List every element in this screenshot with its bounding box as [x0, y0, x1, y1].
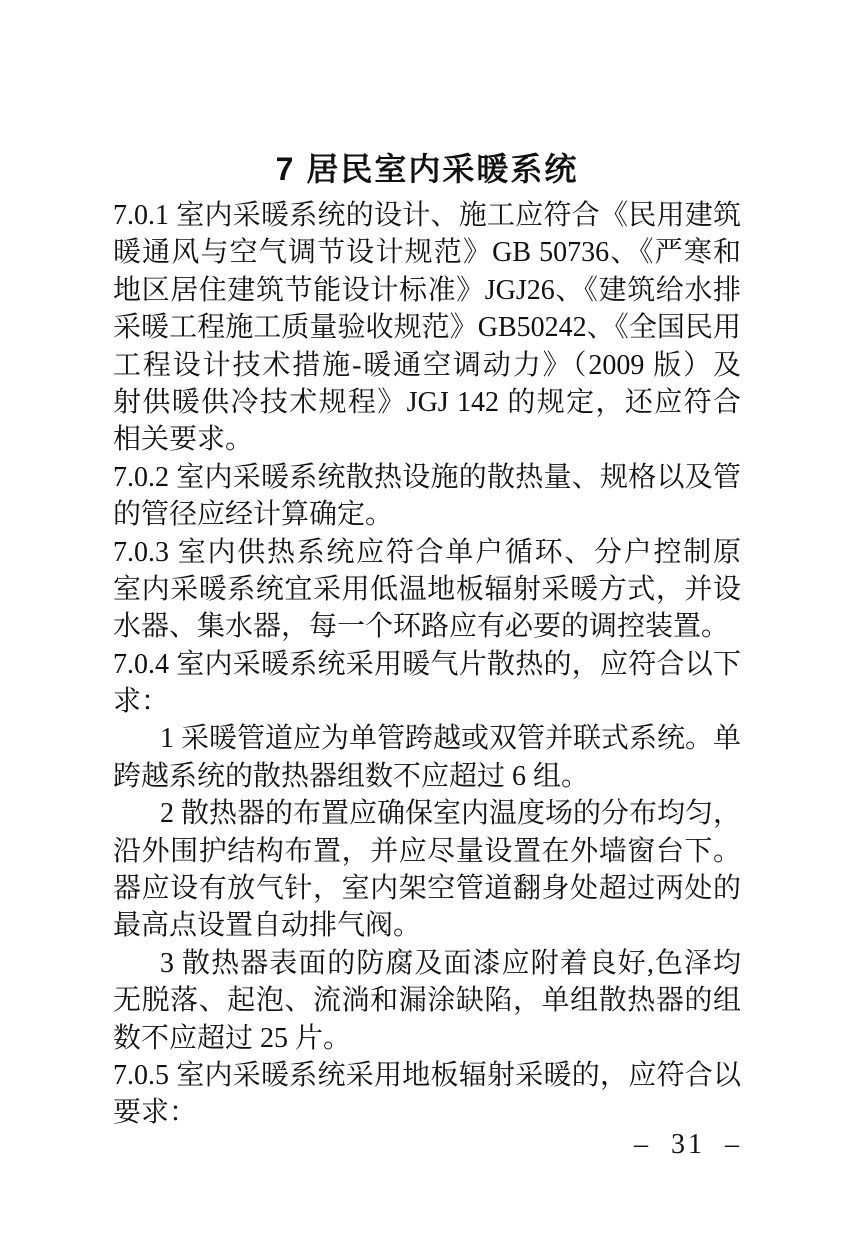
text-line: 2 散热器的布置应确保室内温度场的分布均匀，宜	[113, 795, 741, 832]
text-line: 最高点设置自动排气阀。	[113, 907, 741, 944]
paragraph-clause-7-0-4: 7.0.4 室内采暖系统采用暖气片散热的，应符合以下要求：	[113, 646, 741, 721]
document-page: 7 居民室内采暖系统 7.0.1 室内采暖系统的设计、施工应符合《民用建筑供暖通…	[0, 0, 857, 1241]
text-line: 器应设有放气针，室内架空管道翻身处超过两处的应在	[113, 870, 741, 907]
page-number: – 31 –	[634, 1128, 742, 1162]
text-line: 射供暖供冷技术规程》JGJ 142 的规定，还应符合本意见	[113, 384, 741, 421]
text-line: 沿外围护结构布置，并应尽量设置在外墙窗台下。散热	[113, 833, 741, 870]
text-line: 暖通风与空气调节设计规范》GB 50736、《严寒和寒冷	[113, 234, 741, 271]
text-line: 采暖工程施工质量验收规范》GB50242、《全国民用建筑	[113, 309, 741, 346]
chapter-title: 7 居民室内采暖系统	[113, 149, 741, 189]
text-line: 的管径应经计算确定。	[113, 496, 741, 533]
text-line: 求：	[113, 683, 741, 720]
text-line: 7.0.4 室内采暖系统采用暖气片散热的，应符合以下要	[113, 646, 741, 683]
text-line: 7.0.1 室内采暖系统的设计、施工应符合《民用建筑供	[113, 197, 741, 234]
text-line: 3 散热器表面的防腐及面漆应附着良好,色泽均匀,	[113, 945, 741, 982]
text-line: 跨越系统的散热器组数不应超过 6 组。	[113, 758, 741, 795]
text-line: 7.0.5 室内采暖系统采用地板辐射采暖的，应符合以下	[113, 1057, 741, 1094]
paragraph-clause-7-0-5: 7.0.5 室内采暖系统采用地板辐射采暖的，应符合以下要求：	[113, 1057, 741, 1132]
paragraph-subitem-3: 3 散热器表面的防腐及面漆应附着良好,色泽均匀,无脱落、起泡、流淌和漏涂缺陷，单…	[113, 945, 741, 1057]
document-body: 7.0.1 室内采暖系统的设计、施工应符合《民用建筑供暖通风与空气调节设计规范》…	[113, 197, 741, 1132]
paragraph-clause-7-0-2: 7.0.2 室内采暖系统散热设施的散热量、规格以及管道的管径应经计算确定。	[113, 459, 741, 534]
text-line: 相关要求。	[113, 421, 741, 458]
text-line: 数不应超过 25 片。	[113, 1020, 741, 1057]
paragraph-subitem-2: 2 散热器的布置应确保室内温度场的分布均匀，宜沿外围护结构布置，并应尽量设置在外…	[113, 795, 741, 945]
paragraph-clause-7-0-1: 7.0.1 室内采暖系统的设计、施工应符合《民用建筑供暖通风与空气调节设计规范》…	[113, 197, 741, 459]
text-line: 无脱落、起泡、流淌和漏涂缺陷，单组散热器的组装片	[113, 982, 741, 1019]
text-line: 7.0.2 室内采暖系统散热设施的散热量、规格以及管道	[113, 459, 741, 496]
text-line: 7.0.3 室内供热系统应符合单户循环、分户控制原则。	[113, 534, 741, 571]
text-line: 水器、集水器，每一个环路应有必要的调控装置。	[113, 608, 741, 645]
text-line: 地区居住建筑节能设计标准》JGJ26、《建筑给水排水及	[113, 272, 741, 309]
text-line: 要求：	[113, 1094, 741, 1131]
paragraph-clause-7-0-3: 7.0.3 室内供热系统应符合单户循环、分户控制原则。室内采暖系统宜采用低温地板…	[113, 534, 741, 646]
text-line: 工程设计技术措施-暖通空调动力》（2009 版）及《辐	[113, 347, 741, 384]
paragraph-subitem-1: 1 采暖管道应为单管跨越或双管并联式系统。单管跨越系统的散热器组数不应超过 6 …	[113, 720, 741, 795]
text-column: 7 居民室内采暖系统 7.0.1 室内采暖系统的设计、施工应符合《民用建筑供暖通…	[113, 149, 741, 1132]
text-line: 1 采暖管道应为单管跨越或双管并联式系统。单管	[113, 720, 741, 757]
text-line: 室内采暖系统宜采用低温地板辐射采暖方式，并设置分	[113, 571, 741, 608]
